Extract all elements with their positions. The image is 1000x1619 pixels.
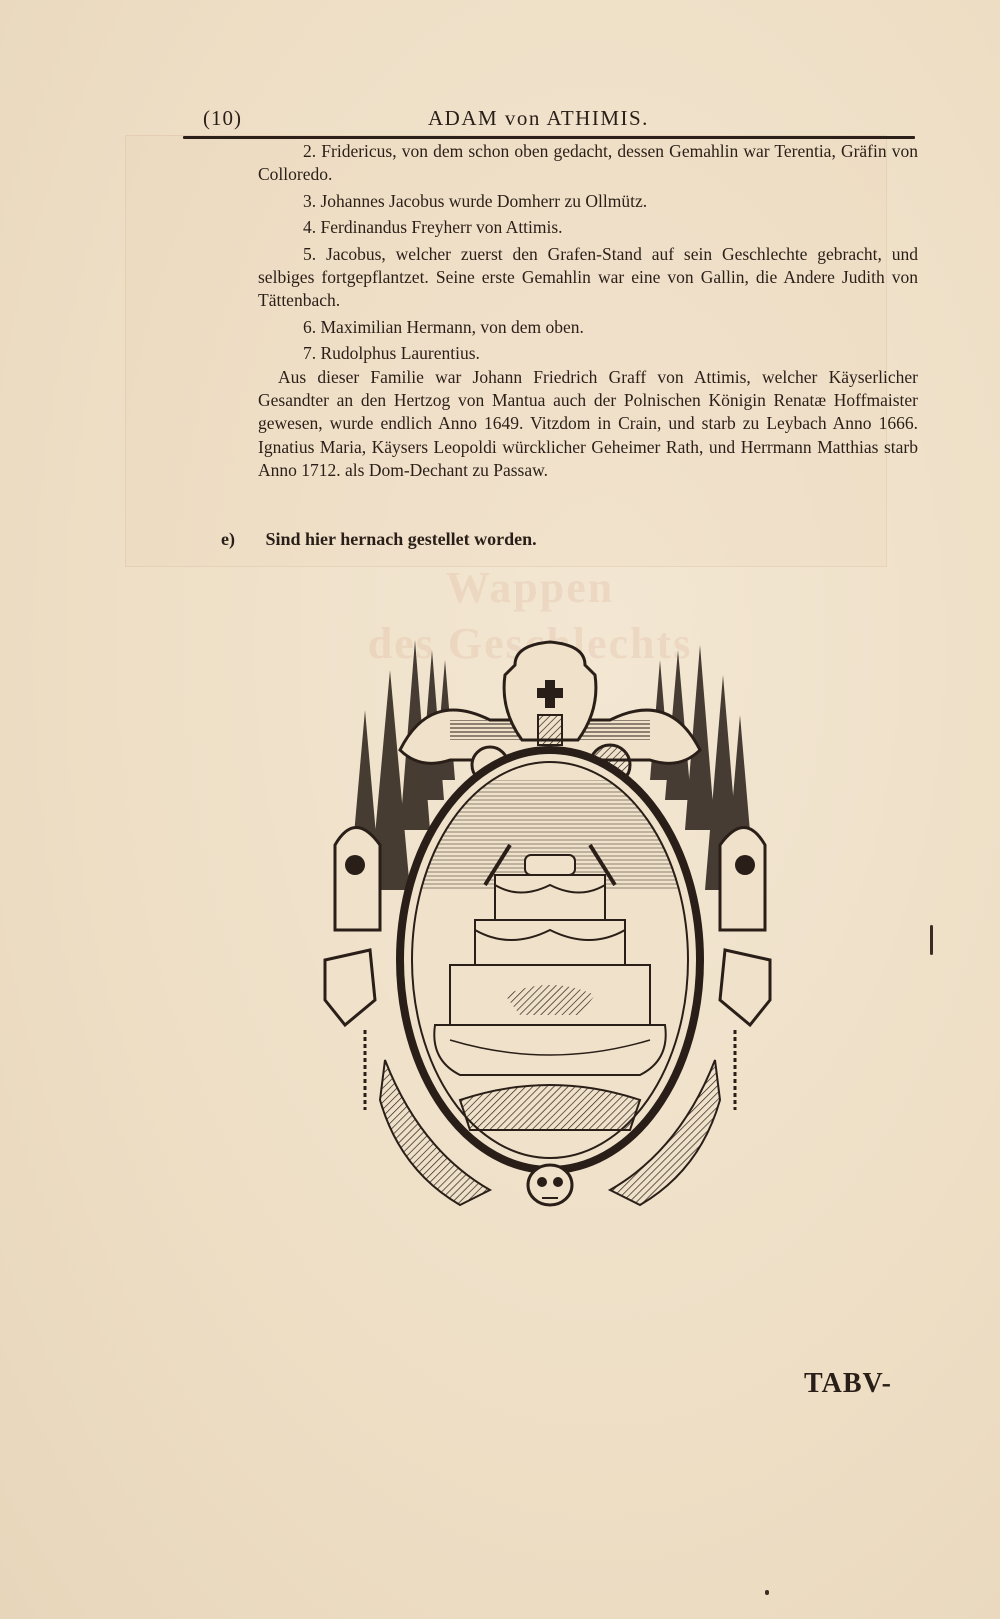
catchword: TABV- [804,1368,892,1400]
entry-text: Fridericus, von dem schon oben gedacht, … [258,141,918,184]
footnote-mark: e) [221,529,261,550]
entry-text: Ferdinandus Freyherr von Attimis. [321,217,563,237]
list-item: 6. Maximilian Hermann, von dem oben. [268,316,918,339]
list-item: 2. Fridericus, von dem schon oben gedach… [258,140,918,187]
entry-number: 5. [303,244,316,264]
entry-number: 6. [303,317,316,337]
entry-number: 4. [303,217,316,237]
entry-number: 3. [303,191,316,211]
entry-text: Jacobus, welcher zuerst den Grafen-Stand… [258,244,918,311]
page-header: (10) ADAM von ATHIMIS. [183,104,915,134]
page-number: (10) [203,106,242,131]
footnote-text: Sind hier hernach gestellet worden. [266,529,537,549]
woodcut-vignette [310,630,790,1220]
main-text: 2. Fridericus, von dem schon oben gedach… [268,140,918,483]
margin-mark [930,925,933,955]
entry-text: Rudolphus Laurentius. [321,343,480,363]
header-rule [183,136,915,139]
memorial-urn-cartouche-icon [310,630,790,1220]
footnote: e) Sind hier hernach gestellet worden. [221,529,537,550]
entry-text: Maximilian Hermann, von dem oben. [321,317,584,337]
entry-text: Johannes Jacobus wurde Domherr zu Ollmüt… [321,191,648,211]
entry-number: 7. [303,343,316,363]
family-paragraph: Aus dieser Familie war Johann Friedrich … [258,366,918,483]
list-item: 3. Johannes Jacobus wurde Domherr zu Oll… [268,190,918,213]
list-item: 5. Jacobus, welcher zuerst den Grafen-St… [258,243,918,313]
ink-dot [765,1590,769,1595]
running-title: ADAM von ATHIMIS. [428,106,649,131]
list-item: 7. Rudolphus Laurentius. [268,342,918,365]
entry-number: 2. [303,141,316,161]
list-item: 4. Ferdinandus Freyherr von Attimis. [268,216,918,239]
